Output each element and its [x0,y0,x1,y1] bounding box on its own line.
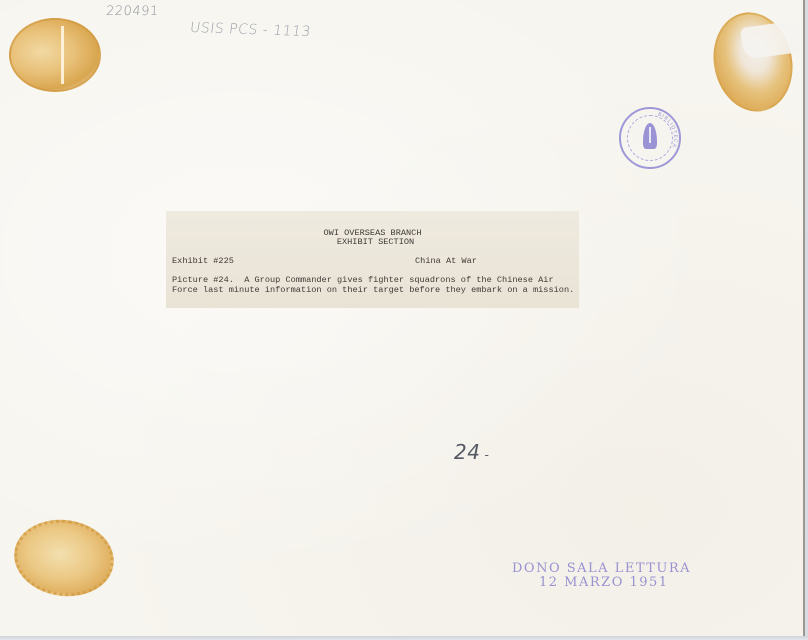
torn-paper-residue [740,20,802,60]
glue-stain-top-left [9,18,101,92]
reference-number: USIS PCS - 1113 [189,20,312,40]
picture-number: 24 [454,440,480,464]
photo-verso-sheet: 220491 USIS PCS - 1113 BIBLIOTECA OWI OV… [0,0,805,636]
catalog-number: 220491 [105,4,159,19]
exhibit-number: Exhibit #225 [172,256,234,266]
svg-text:BIBLIOTECA: BIBLIOTECA [657,111,678,148]
donation-stamp-line1: DONO SALA LETTURA [512,561,691,576]
library-seal-stamp: BIBLIOTECA [619,107,681,169]
label-heading-section: EXHIBIT SECTION [166,237,579,247]
donation-stamp-date: 12 MARZO 1951 [539,575,669,590]
picture-caption: Picture #24. A Group Commander gives fig… [172,275,574,295]
exhibit-label: OWI OVERSEAS BRANCH EXHIBIT SECTION Exhi… [166,211,579,308]
scan-bottom-edge [0,636,808,640]
caption-line-2: Force last minute information on their t… [172,285,574,295]
caption-line-1: Picture #24. A Group Commander gives fig… [172,275,554,285]
glue-stain-bottom-left [9,513,119,602]
picture-number-handwritten: 24- [454,440,489,464]
picture-number-mark: - [484,448,489,462]
exhibit-series: China At War [415,256,477,266]
